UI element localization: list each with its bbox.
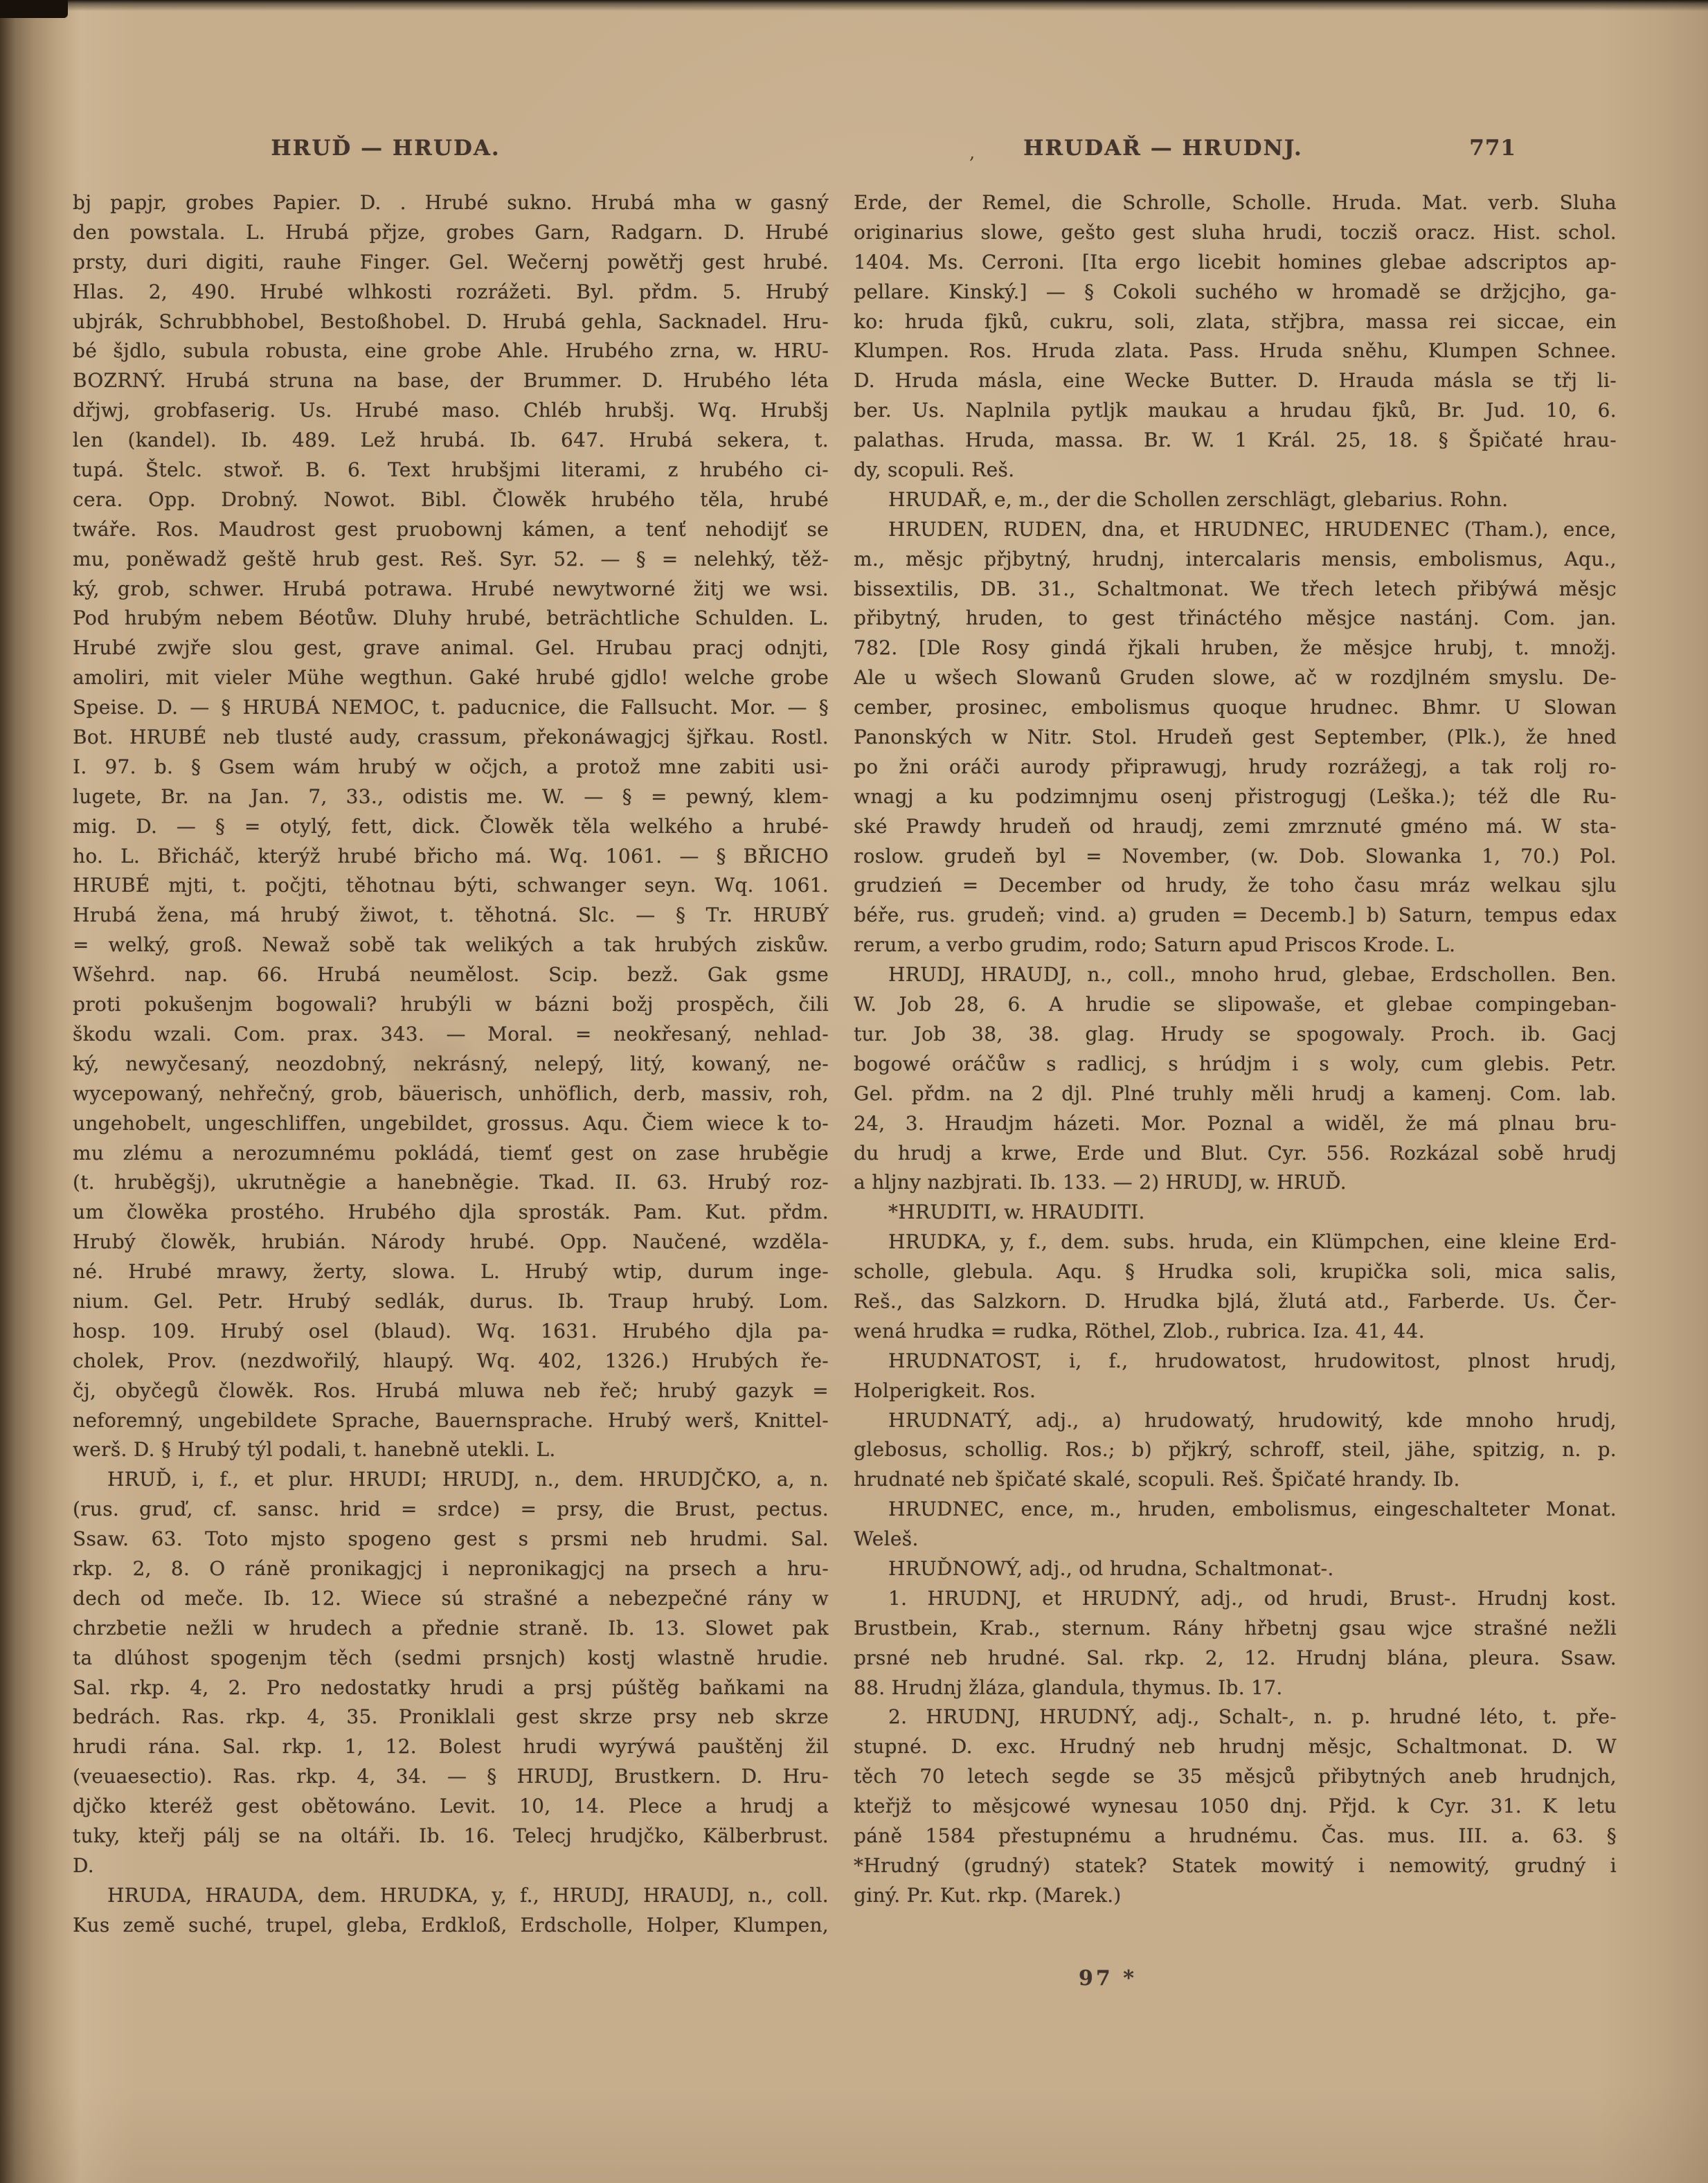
text-line: bj papjr, grobes Papier. D. . Hrubé sukn… bbox=[73, 188, 829, 218]
text-line: mu zlému a nerozumnému pokládá, tiemť ge… bbox=[73, 1139, 829, 1169]
text-line: den powstala. L. Hrubá přjze, grobes Gar… bbox=[73, 218, 829, 248]
text-line: du hrudj a krwe, Erde und Blut. Cyr. 556… bbox=[854, 1139, 1617, 1169]
text-line: škodu wzali. Com. prax. 343. — Moral. = … bbox=[73, 1020, 829, 1050]
text-line: dy, scopuli. Reš. bbox=[854, 456, 1617, 485]
text-line: *HRUDITI, w. HRAUDITI. bbox=[854, 1198, 1617, 1228]
text-line: pellare. Kinský.] — § Cokoli suchého w h… bbox=[854, 278, 1617, 307]
text-line: bissextilis, DB. 31., Schaltmonat. We tř… bbox=[854, 575, 1617, 604]
text-line: Kus země suché, trupel, gleba, Erdkloß, … bbox=[73, 1911, 829, 1941]
text-line: Speise. D. — § HRUBÁ NEMOC, t. paducnice… bbox=[73, 693, 829, 723]
text-line: HRUDNATÝ, adj., a) hrudowatý, hrudowitý,… bbox=[854, 1406, 1617, 1436]
text-line: stupné. D. exc. Hrudný neb hrudnj měsjc,… bbox=[854, 1732, 1617, 1762]
text-line: Weleš. bbox=[854, 1525, 1617, 1554]
text-line: = welký, groß. Newaž sobě tak welikých a… bbox=[73, 931, 829, 960]
running-head-right: HRUDAŘ — HRUDNJ. bbox=[886, 136, 1440, 163]
text-line: Hrubé zwjře slou gest, grave animal. Gel… bbox=[73, 634, 829, 663]
text-line: béře, rus. grudeň; vind. a) gruden = Dec… bbox=[854, 901, 1617, 931]
text-line: I. 97. b. § Gsem wám hrubý w očjch, a pr… bbox=[73, 753, 829, 782]
text-line: twáře. Ros. Maudrost gest pruobownj káme… bbox=[73, 515, 829, 545]
text-line: djčko kteréž gest obětowáno. Levit. 10, … bbox=[73, 1792, 829, 1822]
text-line: HRUĎ, i, f., et plur. HRUDI; HRUDJ, n., … bbox=[73, 1465, 829, 1495]
text-line: roslow. grudeň byl = November, (w. Dob. … bbox=[854, 842, 1617, 872]
text-line: prsty, duri digiti, rauhe Finger. Gel. W… bbox=[73, 248, 829, 278]
text-line: bedrách. Ras. rkp. 4, 35. Proniklali ges… bbox=[73, 1703, 829, 1732]
text-line: tupá. Štelc. stwoř. B. 6. Text hrubšjmi … bbox=[73, 456, 829, 485]
text-line: ta dlúhost spogenjm těch (sedmi prsnjch)… bbox=[73, 1644, 829, 1673]
scan-edge-corner bbox=[0, 0, 68, 18]
text-line: 24, 3. Hraudjm házeti. Mor. Poznal a wid… bbox=[854, 1109, 1617, 1139]
text-line: scholle, glebula. Aqu. § Hrudka soli, kr… bbox=[854, 1257, 1617, 1287]
text-line: HRUDAŘ, e, m., der die Schollen zerschlä… bbox=[854, 485, 1617, 515]
text-line: Klumpen. Ros. Hruda zlata. Pass. Hruda s… bbox=[854, 336, 1617, 366]
text-line: len (kandel). Ib. 489. Lež hrubá. Ib. 64… bbox=[73, 426, 829, 456]
text-line: ho. L. Břicháč, kterýž hrubé břicho má. … bbox=[73, 842, 829, 872]
text-line: Pod hrubým nebem Béotůw. Dluhy hrubé, be… bbox=[73, 604, 829, 634]
text-line: HRUBÉ mjti, t. počjti, těhotnau býti, sc… bbox=[73, 871, 829, 901]
text-line: ské Prawdy hrudeň od hraudj, zemi zmrznu… bbox=[854, 812, 1617, 842]
text-line: Bot. HRUBÉ neb tlusté audy, crassum, pře… bbox=[73, 723, 829, 753]
text-line: Brustbein, Krab., sternum. Rány hřbetnj … bbox=[854, 1614, 1617, 1644]
text-line: palathas. Hruda, massa. Br. W. 1 Král. 2… bbox=[854, 426, 1617, 456]
text-line: mu, poněwadž geště hrub gest. Reš. Syr. … bbox=[73, 545, 829, 575]
text-line: 782. [Dle Rosy gindá řjkali hruben, že m… bbox=[854, 634, 1617, 663]
text-line: HRUDKA, y, f., dem. subs. hruda, ein Klü… bbox=[854, 1228, 1617, 1257]
text-line: ungehobelt, ungeschliffen, ungebildet, g… bbox=[73, 1109, 829, 1139]
text-line: ký, newyčesaný, neozdobný, nekrásný, nel… bbox=[73, 1050, 829, 1079]
text-line: HRUDJ, HRAUDJ, n., coll., mnoho hrud, gl… bbox=[854, 960, 1617, 990]
text-line: Ale u wšech Slowanů Gruden slowe, ač w r… bbox=[854, 663, 1617, 693]
text-line: proti pokušenjm bogowali? hrubýli w bázn… bbox=[73, 990, 829, 1020]
text-line: cholek, Prov. (nezdwořilý, hlaupý. Wq. 4… bbox=[73, 1347, 829, 1376]
text-line: 88. Hrudnj žláza, glandula, thymus. Ib. … bbox=[854, 1673, 1617, 1703]
text-line: Hlas. 2, 490. Hrubé wlhkosti rozrážeti. … bbox=[73, 278, 829, 307]
text-line: hosp. 109. Hrubý osel (blaud). Wq. 1631.… bbox=[73, 1317, 829, 1347]
text-line: wená hrudka = rudka, Röthel, Zlob., rubr… bbox=[854, 1317, 1617, 1347]
text-line: originarius slowe, gešto gest sluha hrud… bbox=[854, 218, 1617, 248]
text-line: werš. D. § Hrubý týl podali, t. hanebně … bbox=[73, 1435, 829, 1465]
text-line: kteřjž to měsjcowé wynesau 1050 dnj. Přj… bbox=[854, 1792, 1617, 1822]
text-line: Hrubý člowěk, hrubián. Národy hrubé. Opp… bbox=[73, 1228, 829, 1257]
text-line: Reš., das Salzkorn. D. Hrudka bjlá, žlut… bbox=[854, 1287, 1617, 1317]
text-line: nium. Gel. Petr. Hrubý sedlák, durus. Ib… bbox=[73, 1287, 829, 1317]
text-line: glebosus, schollig. Ros.; b) přjkrý, sch… bbox=[854, 1435, 1617, 1465]
text-line: Hrubá žena, má hrubý žiwot, t. těhotná. … bbox=[73, 901, 829, 931]
scanned-dictionary-page: HRUĎ — HRUDA. , HRUDAŘ — HRUDNJ. 771 bj … bbox=[0, 0, 1708, 2183]
text-line: prsné neb hrudné. Sal. rkp. 2, 12. Hrudn… bbox=[854, 1644, 1617, 1673]
text-line: wycepowaný, nehřečný, grob, bäuerisch, u… bbox=[73, 1079, 829, 1109]
text-line: *Hrudný (grudný) statek? Statek mowitý i… bbox=[854, 1851, 1617, 1881]
printer-signature: 97 * bbox=[1079, 1966, 1137, 1991]
text-line: Holperigkeit. Ros. bbox=[854, 1376, 1617, 1406]
text-line: rerum, a verbo grudim, rodo; Saturn apud… bbox=[854, 931, 1617, 960]
text-line: m., měsjc přjbytný, hrudnj, intercalaris… bbox=[854, 545, 1617, 575]
text-line: ubjrák, Schrubbhobel, Bestoßhobel. D. Hr… bbox=[73, 307, 829, 337]
text-line: HRUDA, HRAUDA, dem. HRUDKA, y, f., HRUDJ… bbox=[73, 1881, 829, 1911]
text-line: po žni oráči aurody připrawugj, hrudy ro… bbox=[854, 753, 1617, 782]
page-number: 771 bbox=[1412, 136, 1516, 163]
right-column: Erde, der Remel, die Schrolle, Scholle. … bbox=[854, 188, 1617, 1911]
text-line: Wšehrd. nap. 66. Hrubá neumělost. Scip. … bbox=[73, 960, 829, 990]
text-line: páně 1584 přestupnému a hrudnému. Čas. m… bbox=[854, 1822, 1617, 1851]
text-line: chrzbetie nežli w hrudech a přednie stra… bbox=[73, 1614, 829, 1644]
left-column: bj papjr, grobes Papier. D. . Hrubé sukn… bbox=[73, 188, 829, 1941]
text-line: HRUĎNOWÝ, adj., od hrudna, Schaltmonat-. bbox=[854, 1554, 1617, 1584]
text-line: mig. D. — § = otylý, fett, dick. Člowěk … bbox=[73, 812, 829, 842]
text-line: Gel. přdm. na 2 djl. Plné truhly měli hr… bbox=[854, 1079, 1617, 1109]
text-line: neforemný, ungebildete Sprache, Bauernsp… bbox=[73, 1406, 829, 1436]
text-line: dech od meče. Ib. 12. Wiece sú strašné a… bbox=[73, 1584, 829, 1614]
text-line: cera. Opp. Drobný. Nowot. Bibl. Člowěk h… bbox=[73, 485, 829, 515]
text-line: ký, grob, schwer. Hrubá potrawa. Hrubé n… bbox=[73, 575, 829, 604]
text-line: tur. Job 38, 38. glag. Hrudy se spogowal… bbox=[854, 1020, 1617, 1050]
text-line: amoliri, mit vieler Mühe wegthun. Gaké h… bbox=[73, 663, 829, 693]
text-line: (veuaesectio). Ras. rkp. 4, 34. — § HRUD… bbox=[73, 1762, 829, 1792]
text-line: né. Hrubé mrawy, žerty, slowa. L. Hrubý … bbox=[73, 1257, 829, 1287]
text-line: 1404. Ms. Cerroni. [Ita ergo licebit hom… bbox=[854, 248, 1617, 278]
text-line: D. Hruda másla, eine Wecke Butter. D. Hr… bbox=[854, 366, 1617, 396]
text-line: a hljny nazbjrati. Ib. 133. — 2) HRUDJ, … bbox=[854, 1168, 1617, 1198]
text-line: (rus. gruď, cf. sansc. hrid = srdce) = p… bbox=[73, 1495, 829, 1525]
text-line: HRUDNATOST, i, f., hrudowatost, hrudowit… bbox=[854, 1347, 1617, 1376]
text-line: Sal. rkp. 4, 2. Pro nedostatky hrudi a p… bbox=[73, 1673, 829, 1703]
text-line: giný. Pr. Kut. rkp. (Marek.) bbox=[854, 1881, 1617, 1911]
text-line: 1. HRUDNJ, et HRUDNÝ, adj., od hrudi, Br… bbox=[854, 1584, 1617, 1614]
text-line: W. Job 28, 6. A hrudie se slipowaše, et … bbox=[854, 990, 1617, 1020]
text-line: Ssaw. 63. Toto mjsto spogeno gest s prsm… bbox=[73, 1525, 829, 1554]
text-line: dřjwj, grobfaserig. Us. Hrubé maso. Chlé… bbox=[73, 396, 829, 426]
text-line: cember, prosinec, embolismus quoque hrud… bbox=[854, 693, 1617, 723]
text-line: tuky, kteřj pálj se na oltáři. Ib. 16. T… bbox=[73, 1822, 829, 1851]
text-line: wnagj a ku podzimnjmu osenj přistrogugj … bbox=[854, 782, 1617, 812]
text-line: BOZRNÝ. Hrubá struna na base, der Brumme… bbox=[73, 366, 829, 396]
text-line: um člowěka prostého. Hrubého djla sprost… bbox=[73, 1198, 829, 1228]
text-line: ko: hruda fjků, cukru, soli, zlata, střj… bbox=[854, 307, 1617, 337]
text-line: grudzień = December od hrudy, že toho ča… bbox=[854, 871, 1617, 901]
text-line: čj, obyčegů člowěk. Ros. Hrubá mluwa neb… bbox=[73, 1376, 829, 1406]
text-line: Panonských w Nitr. Stol. Hrudeň gest Sep… bbox=[854, 723, 1617, 753]
text-line: bé šjdlo, subula robusta, eine grobe Ahl… bbox=[73, 336, 829, 366]
running-head-left: HRUĎ — HRUDA. bbox=[109, 136, 663, 163]
text-line: těch 70 letech segde se 35 měsjců přibyt… bbox=[854, 1762, 1617, 1792]
text-line: HRUDEN, RUDEN, dna, et HRUDNEC, HRUDENEC… bbox=[854, 515, 1617, 545]
text-line: (t. hruběgšj), ukrutněgie a hanebněgie. … bbox=[73, 1168, 829, 1198]
text-line: hrudi rána. Sal. rkp. 1, 12. Bolest hrud… bbox=[73, 1732, 829, 1762]
text-line: hrudnaté neb špičaté skalé, scopuli. Reš… bbox=[854, 1465, 1617, 1495]
text-line: 2. HRUDNJ, HRUDNÝ, adj., Schalt-, n. p. … bbox=[854, 1703, 1617, 1732]
text-line: rkp. 2, 8. O ráně pronikagjcj i nepronik… bbox=[73, 1554, 829, 1584]
text-line: Erde, der Remel, die Schrolle, Scholle. … bbox=[854, 188, 1617, 218]
text-line: ber. Us. Naplnila pytljk maukau a hrudau… bbox=[854, 396, 1617, 426]
text-line: HRUDNEC, ence, m., hruden, embolismus, e… bbox=[854, 1495, 1617, 1525]
text-line: přibytný, hruden, to gest třináctého měs… bbox=[854, 604, 1617, 634]
text-line: D. bbox=[73, 1851, 829, 1881]
text-line: lugete, Br. na Jan. 7, 33., odistis me. … bbox=[73, 782, 829, 812]
text-line: bogowé oráčůw s radlicj, s hrúdjm i s wo… bbox=[854, 1050, 1617, 1079]
